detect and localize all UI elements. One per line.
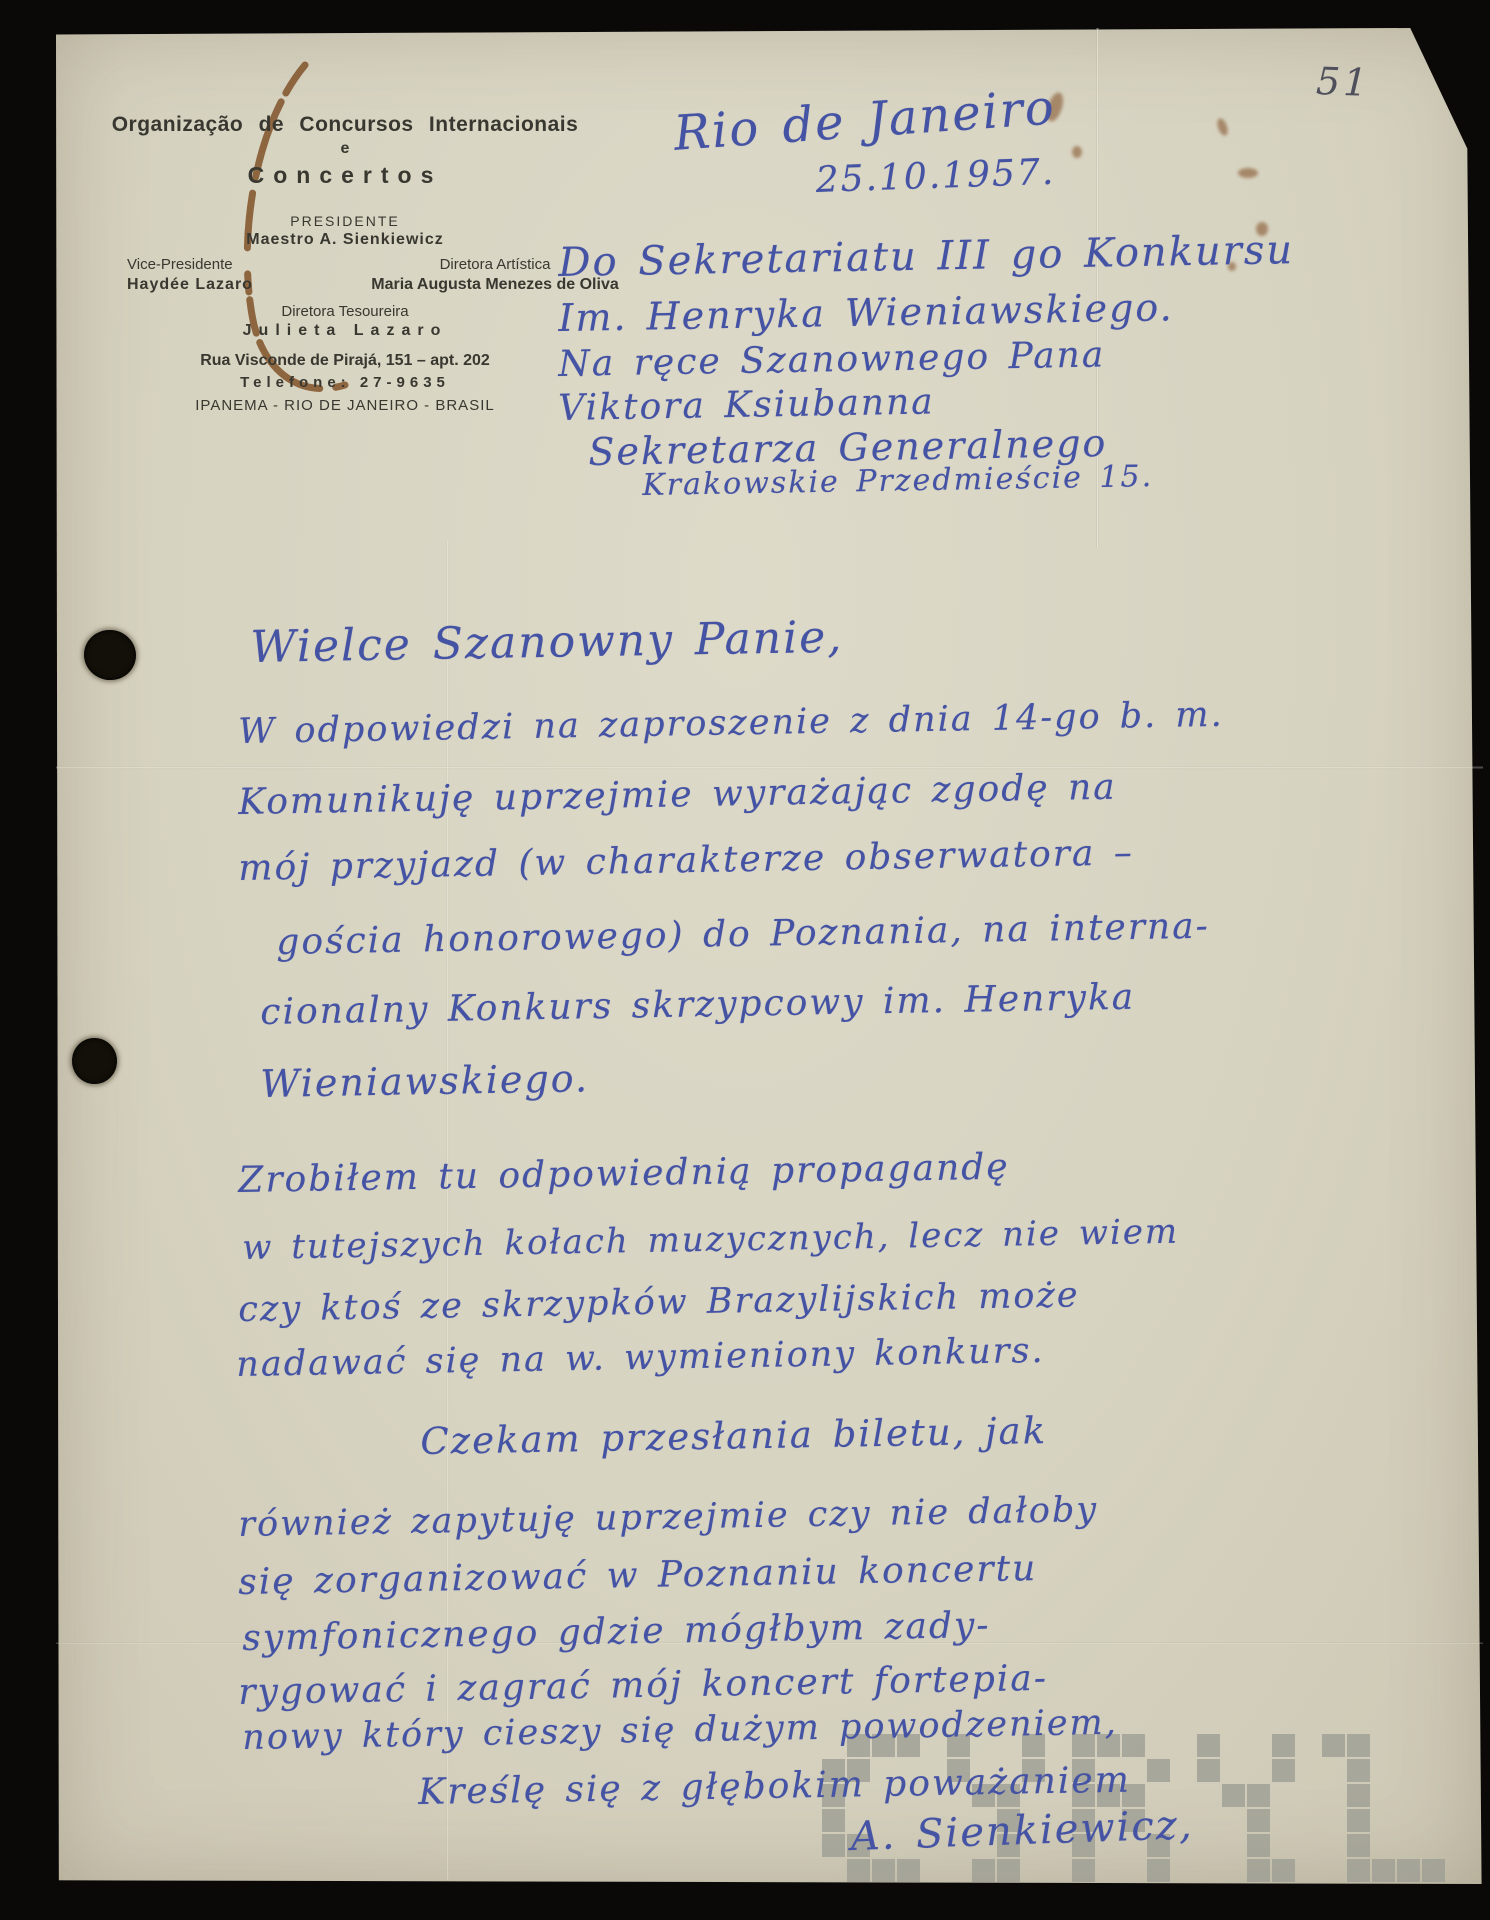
stain-spot — [1072, 146, 1082, 158]
watermark-tile — [1247, 1834, 1270, 1857]
letterhead-treasurer-title: Diretora Tesoureira — [75, 303, 615, 320]
letterhead-organization-line2: e — [75, 140, 615, 158]
letterhead-street-address: Rua Visconde de Pirajá, 151 – apt. 202 — [75, 352, 615, 370]
watermark-tile — [1397, 1859, 1420, 1882]
watermark-tile — [822, 1809, 845, 1832]
watermark-tile — [997, 1859, 1020, 1882]
watermark-tile — [1272, 1734, 1295, 1757]
watermark-tile — [1222, 1784, 1245, 1807]
letterhead-president-name: Maestro A. Sienkiewicz — [75, 231, 615, 249]
watermark-tile — [1347, 1809, 1370, 1832]
watermark-tile — [1197, 1759, 1220, 1782]
watermark-tile — [1347, 1784, 1370, 1807]
watermark-tile — [1372, 1859, 1395, 1882]
watermark-tile — [1272, 1859, 1295, 1882]
scanned-letter-page: Organização de Concursos Internacionais … — [0, 0, 1490, 1920]
watermark-tile — [1422, 1859, 1445, 1882]
letterhead-vice-president-name: Haydée Lazaro — [127, 276, 253, 294]
letterhead-city-line: IPANEMA - RIO DE JANEIRO - BRASIL — [75, 397, 615, 414]
watermark-tile — [1322, 1734, 1345, 1757]
letterhead-treasurer-name: Julieta Lazaro — [75, 322, 615, 340]
watermark-tile — [1247, 1784, 1270, 1807]
handwritten-body-line-6: Wieniawskiego. — [260, 1056, 589, 1106]
letterhead-organization-line3: Concertos — [75, 162, 615, 189]
watermark-tile — [1347, 1834, 1370, 1857]
watermark-tile — [872, 1859, 895, 1882]
watermark-tile — [1272, 1759, 1295, 1782]
watermark-tile — [1197, 1734, 1220, 1757]
letterhead-phone: Telefone: 27-9635 — [75, 374, 615, 391]
letterhead-vice-president-title: Vice-Presidente — [127, 256, 233, 273]
letterhead-president-title: PRESIDENTE — [75, 213, 615, 229]
handwritten-dateline-date: 25.10.1957. — [815, 152, 1056, 201]
watermark-tile — [1122, 1734, 1145, 1757]
watermark-tile — [1147, 1759, 1170, 1782]
watermark-tile — [1347, 1734, 1370, 1757]
watermark-tile — [897, 1859, 920, 1882]
archive-page-number: 51 — [1315, 59, 1371, 105]
watermark-tile — [1247, 1859, 1270, 1882]
watermark-tile — [1072, 1859, 1095, 1882]
handwritten-salutation: Wielce Szanowny Panie, — [250, 612, 844, 673]
watermark-tile — [972, 1859, 995, 1882]
watermark-tile — [1247, 1809, 1270, 1832]
letterhead-organization-line1: Organização de Concursos Internacionais — [75, 113, 615, 137]
watermark-tile — [822, 1834, 845, 1857]
watermark-tile — [1347, 1759, 1370, 1782]
handwritten-recipient-line-4: Viktora Ksiubanna — [558, 381, 935, 429]
watermark-tile — [1347, 1859, 1370, 1882]
watermark-tile — [847, 1859, 870, 1882]
stain-spot — [1238, 168, 1258, 178]
watermark-tile — [1147, 1859, 1170, 1882]
